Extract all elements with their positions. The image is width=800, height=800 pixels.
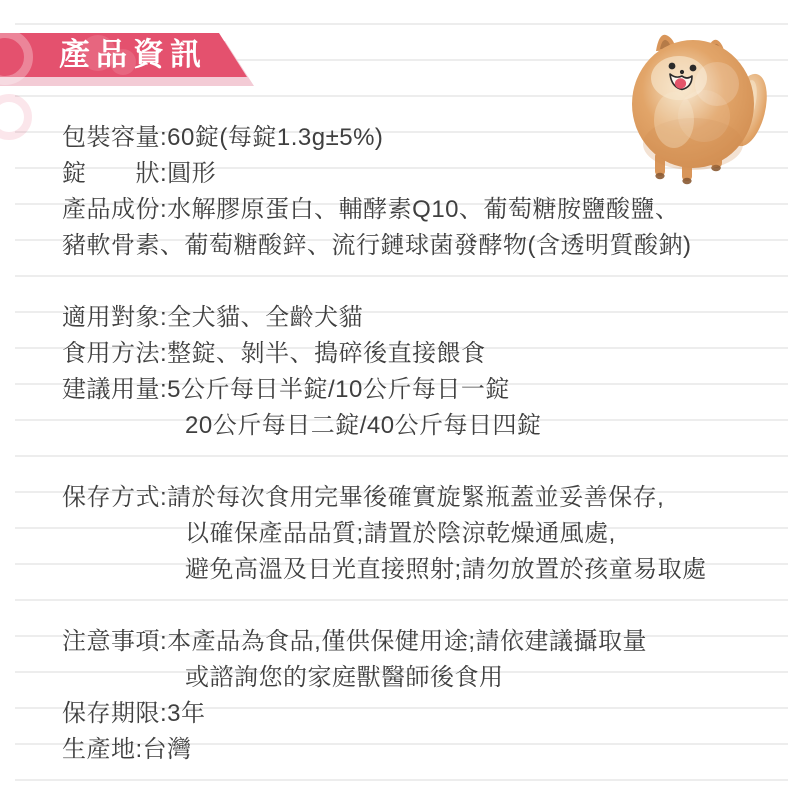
info-section-basic: 包裝容量:60錠(每錠1.3g±5%) 錠 狀:圓形 產品成份:水解膠原蛋白、輔… xyxy=(62,120,780,264)
field-value: 或諮詢您的家庭獸醫師後食用 xyxy=(185,664,504,691)
info-row: 保存期限:3年 xyxy=(62,696,780,732)
field-label: 包裝容量: xyxy=(62,124,167,151)
field-value: 本產品為食品,僅供保健用途;請依建議攝取量 xyxy=(167,628,647,655)
field-label: 錠 狀: xyxy=(62,160,167,187)
field-value: 60錠(每錠1.3g±5%) xyxy=(167,124,383,151)
info-row: 生產地:台灣 xyxy=(62,732,780,768)
field-value: 以確保產品品質;請置於陰涼乾燥通風處, xyxy=(185,520,616,547)
info-row: 豬軟骨素、葡萄糖酸鋅、流行鏈球菌發酵物(含透明質酸鈉) xyxy=(62,228,780,264)
info-section-notes: 注意事項:本產品為食品,僅供保健用途;請依建議攝取量 或諮詢您的家庭獸醫師後食用… xyxy=(62,624,780,768)
field-label: 建議用量: xyxy=(62,376,167,403)
field-value: 全犬貓、全齡犬貓 xyxy=(167,304,363,331)
info-section-storage: 保存方式:請於每次食用完畢後確實旋緊瓶蓋並妥善保存, 以確保產品品質;請置於陰涼… xyxy=(62,480,780,588)
field-value: 請於每次食用完畢後確實旋緊瓶蓋並妥善保存, xyxy=(167,484,664,511)
field-label: 適用對象: xyxy=(62,304,167,331)
field-value: 5公斤每日半錠/10公斤每日一錠 xyxy=(167,376,510,403)
info-row: 注意事項:本產品為食品,僅供保健用途;請依建議攝取量 xyxy=(62,624,780,660)
info-row: 20公斤每日二錠/40公斤每日四錠 xyxy=(62,408,780,444)
info-row: 或諮詢您的家庭獸醫師後食用 xyxy=(62,660,780,696)
flower-watermark xyxy=(110,49,136,75)
field-label: 食用方法: xyxy=(62,340,167,367)
info-row: 建議用量:5公斤每日半錠/10公斤每日一錠 xyxy=(62,372,780,408)
info-row: 錠 狀:圓形 xyxy=(62,156,780,192)
field-label: 保存期限: xyxy=(62,700,167,727)
field-value: 3年 xyxy=(167,700,205,727)
field-value: 整錠、剝半、搗碎後直接餵食 xyxy=(167,340,486,367)
info-row: 避免高溫及日光直接照射;請勿放置於孩童易取處 xyxy=(62,552,780,588)
field-value: 台灣 xyxy=(143,736,192,763)
field-label: 保存方式: xyxy=(62,484,167,511)
product-info: 包裝容量:60錠(每錠1.3g±5%) 錠 狀:圓形 產品成份:水解膠原蛋白、輔… xyxy=(62,120,780,768)
info-section-usage: 適用對象:全犬貓、全齡犬貓 食用方法:整錠、剝半、搗碎後直接餵食 建議用量:5公… xyxy=(62,300,780,444)
info-row: 適用對象:全犬貓、全齡犬貓 xyxy=(62,300,780,336)
field-value: 圓形 xyxy=(167,160,216,187)
info-row: 產品成份:水解膠原蛋白、輔酵素Q10、葡萄糖胺鹽酸鹽、 xyxy=(62,192,780,228)
field-value: 避免高溫及日光直接照射;請勿放置於孩童易取處 xyxy=(185,556,707,583)
field-value: 豬軟骨素、葡萄糖酸鋅、流行鏈球菌發酵物(含透明質酸鈉) xyxy=(62,232,691,259)
info-row: 食用方法:整錠、剝半、搗碎後直接餵食 xyxy=(62,336,780,372)
banner-ribbon: 產品資訊 xyxy=(0,33,247,77)
field-label: 產品成份: xyxy=(62,196,167,223)
field-label: 注意事項: xyxy=(62,628,167,655)
field-value: 水解膠原蛋白、輔酵素Q10、葡萄糖胺鹽酸鹽、 xyxy=(167,196,679,223)
field-value: 20公斤每日二錠/40公斤每日四錠 xyxy=(185,412,542,439)
info-row: 包裝容量:60錠(每錠1.3g±5%) xyxy=(62,120,780,156)
info-row: 保存方式:請於每次食用完畢後確實旋緊瓶蓋並妥善保存, xyxy=(62,480,780,516)
field-label: 生產地: xyxy=(62,736,143,763)
info-row: 以確保產品品質;請置於陰涼乾燥通風處, xyxy=(62,516,780,552)
